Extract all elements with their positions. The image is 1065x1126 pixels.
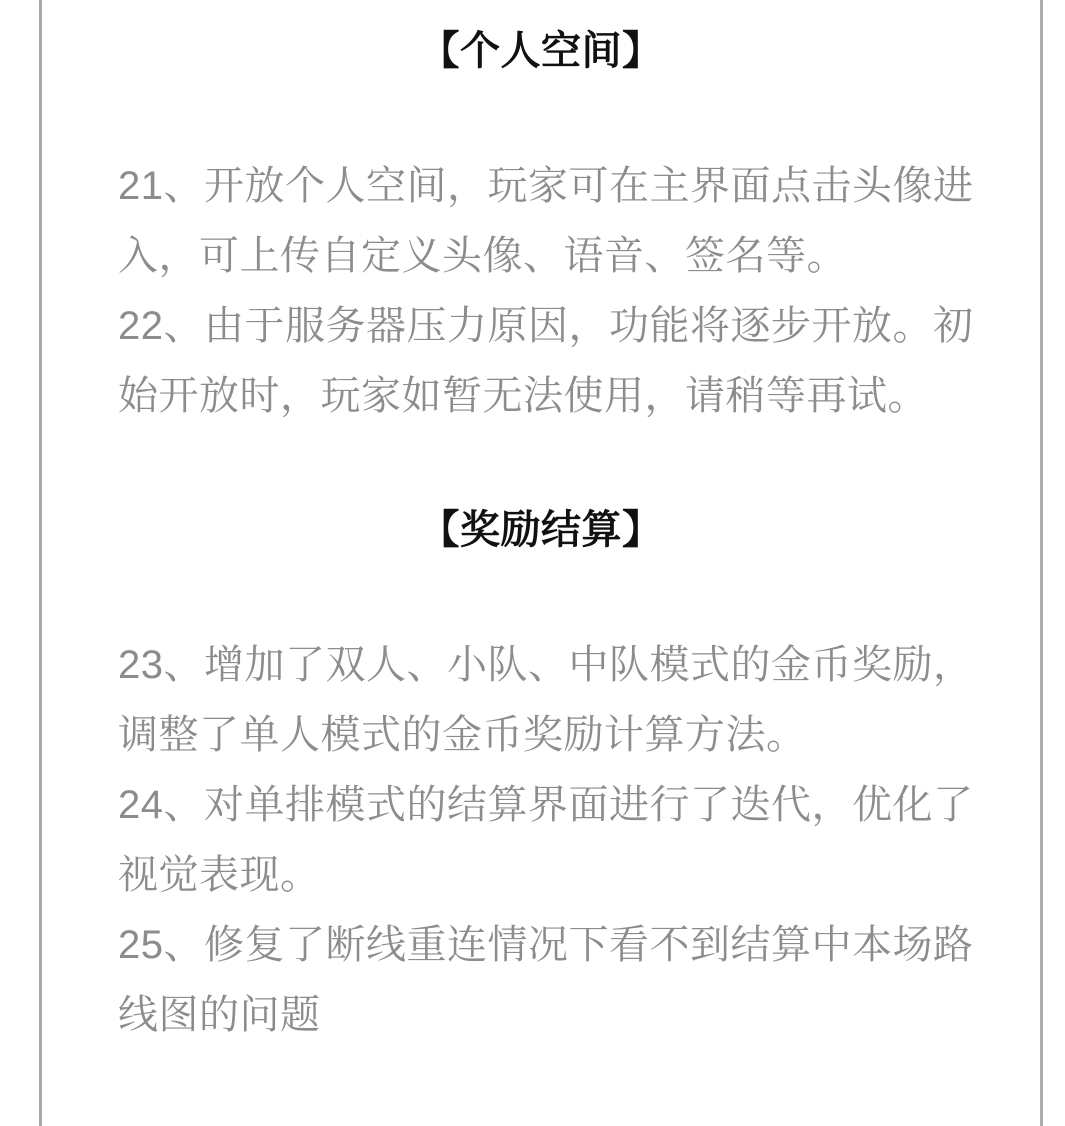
patch-note-24: 24、对单排模式的结算界面进行了迭代，优化了 视觉表现。 [42,770,1040,910]
patch-note-line: 25、修复了断线重连情况下看不到结算中本场路 [42,910,1040,980]
patch-note-line: 调整了单人模式的金币奖励计算方法。 [42,700,1040,770]
patch-note-25: 25、修复了断线重连情况下看不到结算中本场路 线图的问题 [42,910,1040,1050]
patch-notes-page: 【个人空间】 21、开放个人空间，玩家可在主界面点击头像进 入，可上传自定义头像… [0,0,1065,1126]
section-reward-settlement: 【奖励结算】 23、增加了双人、小队、中队模式的金币奖励， 调整了单人模式的金币… [42,506,1040,1050]
patch-note-23: 23、增加了双人、小队、中队模式的金币奖励， 调整了单人模式的金币奖励计算方法。 [42,630,1040,770]
content-column: 【个人空间】 21、开放个人空间，玩家可在主界面点击头像进 入，可上传自定义头像… [39,0,1043,1126]
section-title-personal-space: 【个人空间】 [42,27,1040,75]
patch-note-22: 22、由于服务器压力原因，功能将逐步开放。初 始开放时，玩家如暂无法使用，请稍等… [42,291,1040,431]
patch-note-line: 22、由于服务器压力原因，功能将逐步开放。初 [42,291,1040,361]
patch-note-line: 始开放时，玩家如暂无法使用，请稍等再试。 [42,361,1040,431]
patch-note-line: 23、增加了双人、小队、中队模式的金币奖励， [42,630,1040,700]
section-personal-space: 【个人空间】 21、开放个人空间，玩家可在主界面点击头像进 入，可上传自定义头像… [42,27,1040,431]
patch-note-line: 线图的问题 [42,980,1040,1050]
patch-note-line: 21、开放个人空间，玩家可在主界面点击头像进 [42,151,1040,221]
patch-note-21: 21、开放个人空间，玩家可在主界面点击头像进 入，可上传自定义头像、语音、签名等… [42,151,1040,291]
patch-note-line: 24、对单排模式的结算界面进行了迭代，优化了 [42,770,1040,840]
patch-note-line: 视觉表现。 [42,840,1040,910]
patch-note-line: 入，可上传自定义头像、语音、签名等。 [42,221,1040,291]
section-title-reward-settlement: 【奖励结算】 [42,506,1040,554]
